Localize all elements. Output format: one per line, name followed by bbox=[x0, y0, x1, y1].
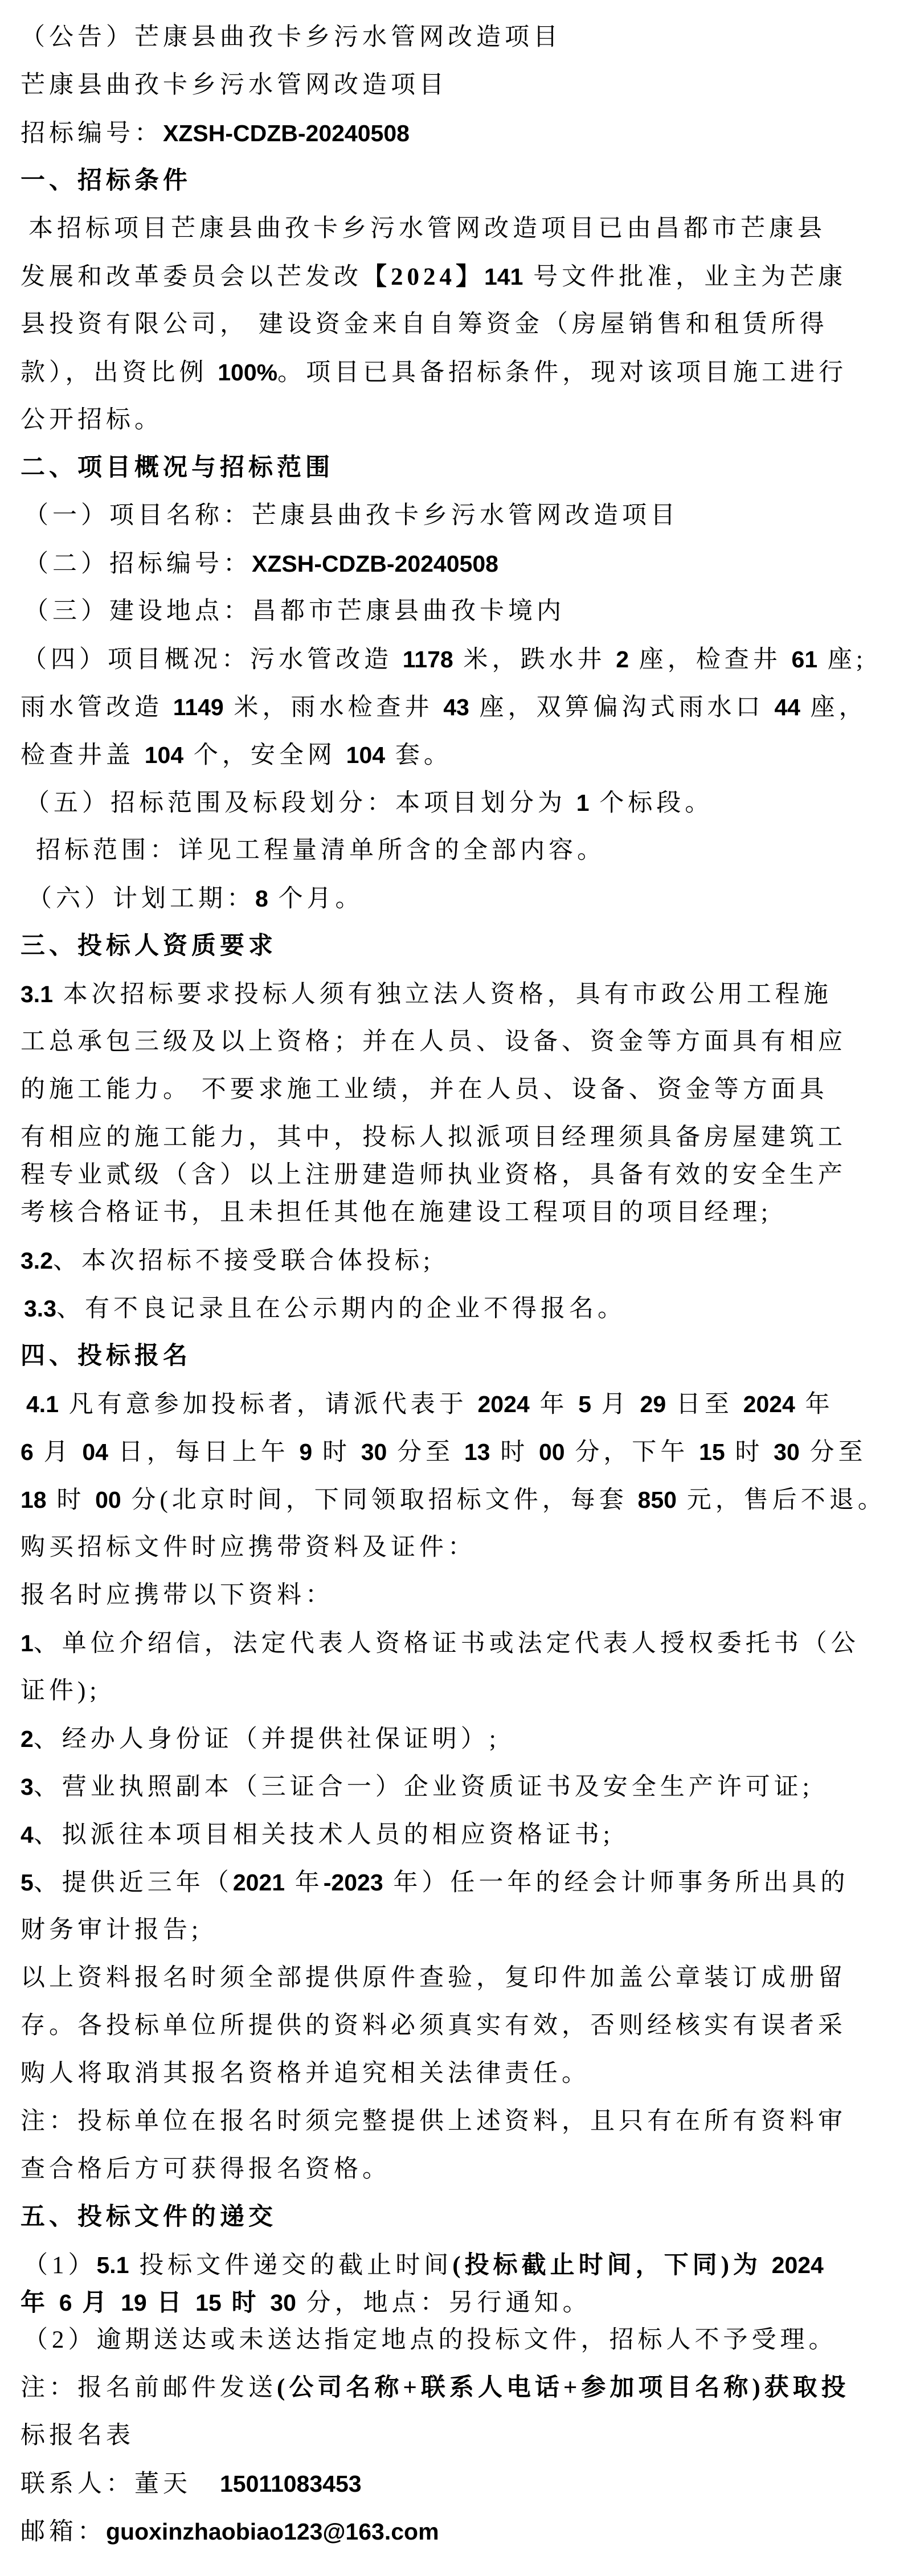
text-segment: 。项目已具备招标条件，现对该项目施工进行 bbox=[277, 359, 847, 386]
text-line: 年 6 月 19 日 15 时 30 分，地点：另行通知。 bbox=[0, 2289, 904, 2316]
text-segment: （三）建设地点：昌都市芒康县曲孜卡境内 bbox=[24, 598, 565, 625]
text-segment: 财务审计报告; bbox=[21, 1917, 202, 1943]
text-segment: 以上资料报名时须全部提供原件查验，复印件加盖公章装订成册留 bbox=[21, 1964, 846, 1991]
text-segment: 注：投标单位在报名时须完整提供上述资料，且只有在所有资料审 bbox=[21, 2108, 846, 2135]
text-segment: 、拟派往本项目相关技术人员的相应资格证书; bbox=[34, 1822, 614, 1848]
text-segment: 141 bbox=[484, 264, 523, 290]
text-line: 发展和改革委员会以芒发改【2024】141 号文件批准，业主为芒康 bbox=[0, 253, 904, 301]
text-segment: 存。各投标单位所提供的资料必须真实有效，否则经核实有误者采 bbox=[21, 2012, 846, 2039]
text-segment: guoxinzhaobiao123@163.com bbox=[106, 2518, 439, 2545]
text-segment: 6 bbox=[21, 1439, 34, 1465]
text-segment: (公司名称+联系人电话+参加项目名称) bbox=[277, 2374, 764, 2401]
text-segment: 1178 bbox=[403, 646, 453, 672]
text-line: 款），出资比例 100%。项目已具备招标条件，现对该项目施工进行 bbox=[0, 348, 904, 396]
text-segment: 时 bbox=[47, 1487, 96, 1513]
text-segment: 分至 bbox=[387, 1439, 464, 1466]
section-heading: 二、项目概况与招标范围 bbox=[0, 444, 904, 492]
text-segment: 2 bbox=[21, 1726, 34, 1752]
text-line: 18 时 00 分(北京时间，下同领取招标文件，每套 850 元，售后不退。 bbox=[0, 1476, 904, 1524]
text-segment: 本次招标要求投标人须有独立法人资格，具有市政公用工程施 bbox=[53, 981, 832, 1008]
text-line: 县投资有限公司， 建设资金来自自筹资金（房屋销售和租赁所得 bbox=[0, 301, 904, 348]
text-segment: 、本次招标不接受联合体投标; bbox=[53, 1248, 434, 1274]
text-line: （公告）芒康县曲孜卡乡污水管网改造项目 bbox=[0, 14, 904, 61]
text-segment: 元，售后不退。 bbox=[677, 1487, 886, 1513]
text-segment: 购买招标文件时应携带资料及证件： bbox=[21, 1534, 476, 1561]
text-line: 财务审计报告; bbox=[0, 1906, 904, 1954]
text-segment: 凡有意参加投标者，请派代表于 bbox=[59, 1391, 478, 1418]
text-segment: 三、投标人资质要求 bbox=[21, 933, 277, 959]
text-segment: 15011083453 bbox=[220, 2471, 362, 2497]
text-line: 2、经办人身份证（并提供社保证明）; bbox=[0, 1715, 904, 1763]
text-line: 招标范围：详见工程量清单所含的全部内容。 bbox=[0, 827, 904, 875]
text-segment: 座，双箅偏沟式雨水口 bbox=[469, 694, 775, 721]
text-segment: 2024 bbox=[478, 1391, 530, 1417]
text-segment: 招标编号： bbox=[21, 120, 163, 147]
text-segment: 个，安全网 bbox=[183, 742, 346, 769]
text-segment: 日 bbox=[147, 2290, 196, 2316]
text-line: 3.2、本次招标不接受联合体投标; bbox=[0, 1237, 904, 1285]
text-segment: 2021 bbox=[233, 1869, 285, 1896]
text-line: 检查井盖 104 个，安全网 104 套。 bbox=[0, 731, 904, 779]
text-segment: 个标段。 bbox=[590, 790, 714, 817]
text-segment: 分，地点：另行通知。 bbox=[296, 2290, 591, 2316]
text-line: 芒康县曲孜卡乡污水管网改造项目 bbox=[0, 61, 904, 109]
text-segment: 四、投标报名 bbox=[21, 1343, 191, 1369]
text-line: 注：投标单位在报名时须完整提供上述资料，且只有在所有资料审 bbox=[0, 2098, 904, 2146]
text-segment: XZSH-CDZB-20240508 bbox=[252, 551, 498, 577]
text-segment: 5.1 bbox=[97, 2252, 129, 2278]
text-segment: 五、投标文件的递交 bbox=[21, 2204, 277, 2230]
text-segment: 61 bbox=[792, 646, 818, 672]
text-segment: （四）项目概况：污水管改造 bbox=[22, 646, 403, 673]
text-segment: 工总承包三级及以上资格；并在人员、设备、资金等方面具有相应 bbox=[21, 1028, 846, 1055]
text-segment: 获取投 bbox=[764, 2374, 850, 2401]
text-segment: 年 bbox=[530, 1391, 579, 1418]
text-segment: 雨水管改造 bbox=[21, 694, 173, 721]
text-line: 查合格后方可获得报名资格。 bbox=[0, 2146, 904, 2193]
text-segment: （公告）芒康县曲孜卡乡污水管网改造项目 bbox=[21, 24, 562, 51]
text-segment: （二）招标编号： bbox=[24, 551, 252, 577]
text-segment: 2024 bbox=[743, 1391, 795, 1417]
text-segment: 米，雨水检查井 bbox=[224, 694, 444, 721]
text-segment: 年）任一年的经会计师事务所出具的 bbox=[383, 1869, 849, 1896]
text-segment: 00 bbox=[95, 1487, 121, 1513]
text-segment: 1 bbox=[21, 1630, 34, 1656]
text-segment: 款），出资比例 bbox=[21, 359, 218, 386]
text-line: 证件); bbox=[0, 1667, 904, 1715]
text-segment: 、有不良记录且在公示期内的企业不得报名。 bbox=[56, 1295, 626, 1322]
text-segment: 5 bbox=[21, 1869, 34, 1896]
text-line: 3.1 本次招标要求投标人须有独立法人资格，具有市政公用工程施 bbox=[0, 970, 904, 1018]
text-segment: 43 bbox=[443, 694, 469, 720]
text-segment: 米，跌水井 bbox=[453, 646, 616, 673]
text-segment: 考核合格证书，且未担任其他在施建设工程项目的项目经理; bbox=[21, 1199, 772, 1226]
text-segment: 月 bbox=[72, 2290, 121, 2316]
text-segment: 4.1 bbox=[26, 1391, 59, 1417]
text-segment: 套。 bbox=[385, 742, 452, 769]
text-line: 3、营业执照副本（三证合一）企业资质证书及安全生产许可证; bbox=[0, 1763, 904, 1811]
text-segment: 注：报名前邮件发送 bbox=[21, 2374, 277, 2401]
text-segment: 30 bbox=[270, 2290, 296, 2316]
text-line: 4.1 凡有意参加投标者，请派代表于 2024 年 5 月 29 日至 2024… bbox=[0, 1380, 904, 1428]
text-line: （六）计划工期：8 个月。 bbox=[0, 875, 904, 922]
text-line: 标报名表 bbox=[0, 2412, 904, 2460]
text-segment: 分，下午 bbox=[565, 1439, 700, 1466]
text-segment: 1 bbox=[576, 790, 590, 816]
text-line: 购买招标文件时应携带资料及证件： bbox=[0, 1524, 904, 1572]
text-segment: 联系人：董天 bbox=[21, 2471, 220, 2497]
text-segment: 2024 bbox=[772, 2252, 824, 2278]
text-segment: 【2024】 bbox=[362, 264, 484, 290]
text-segment: 芒康县曲孜卡乡污水管网改造项目 bbox=[21, 72, 448, 99]
text-segment: （一）项目名称：芒康县曲孜卡乡污水管网改造项目 bbox=[24, 502, 679, 529]
text-line: 邮箱：guoxinzhaobiao123@163.com bbox=[0, 2508, 904, 2556]
text-segment: 座，检查井 bbox=[629, 646, 792, 673]
text-segment: 3.3 bbox=[24, 1295, 56, 1322]
text-segment: 19 bbox=[121, 2290, 147, 2316]
text-line: 工总承包三级及以上资格；并在人员、设备、资金等方面具有相应 bbox=[0, 1018, 904, 1066]
document-body: （公告）芒康县曲孜卡乡污水管网改造项目芒康县曲孜卡乡污水管网改造项目招标编号：X… bbox=[0, 14, 904, 2556]
text-line: （二）招标编号：XZSH-CDZB-20240508 bbox=[0, 540, 904, 588]
text-segment: 本招标项目芒康县曲孜卡乡污水管网改造项目已由昌都市芒康县 bbox=[28, 215, 826, 242]
text-segment: 有相应的施工能力，其中，投标人拟派项目经理须具备房屋建筑工 bbox=[21, 1124, 846, 1151]
text-segment: 850 bbox=[638, 1487, 677, 1513]
text-segment: 座; bbox=[817, 646, 867, 673]
text-segment: 1149 bbox=[173, 694, 224, 720]
text-segment: 、营业执照副本（三证合一）企业资质证书及安全生产许可证; bbox=[34, 1774, 813, 1800]
text-segment: 证件); bbox=[21, 1677, 100, 1704]
text-segment: 5 bbox=[578, 1391, 591, 1417]
text-segment: 15 bbox=[699, 1439, 725, 1465]
text-segment: 44 bbox=[774, 694, 800, 720]
text-segment: 104 bbox=[145, 742, 183, 768]
text-line: 公开招标。 bbox=[0, 396, 904, 444]
text-line: 的施工能力。 不要求施工业绩，并在人员、设备、资金等方面具 bbox=[0, 1066, 904, 1114]
text-segment: 13 bbox=[464, 1439, 490, 1465]
text-segment: （1） bbox=[23, 2252, 97, 2279]
text-segment: -2023 bbox=[324, 1869, 383, 1896]
text-segment: 程专业贰级（含）以上注册建造师执业资格，具备有效的安全生产 bbox=[21, 1162, 846, 1188]
text-segment: 29 bbox=[640, 1391, 666, 1417]
text-segment: 时 bbox=[490, 1439, 539, 1466]
text-line: 存。各投标单位所提供的资料必须真实有效，否则经核实有误者采 bbox=[0, 2002, 904, 2050]
text-line: 程专业贰级（含）以上注册建造师执业资格，具备有效的安全生产 bbox=[0, 1162, 904, 1189]
text-segment: 一、招标条件 bbox=[21, 167, 191, 194]
text-line: （三）建设地点：昌都市芒康县曲孜卡境内 bbox=[0, 588, 904, 635]
text-segment: 30 bbox=[361, 1439, 387, 1465]
text-line: 招标编号：XZSH-CDZB-20240508 bbox=[0, 109, 904, 157]
text-line: 购人将取消其报名资格并追究相关法律责任。 bbox=[0, 2050, 904, 2098]
text-segment: 4 bbox=[21, 1822, 34, 1848]
text-segment: 号文件批准，业主为芒康 bbox=[523, 264, 846, 290]
text-segment: 投标文件递交的截止时间 bbox=[129, 2252, 453, 2279]
section-heading: 五、投标文件的递交 bbox=[0, 2193, 904, 2241]
text-segment: 30 bbox=[774, 1439, 800, 1465]
text-segment: 招标范围：详见工程量清单所含的全部内容。 bbox=[36, 837, 606, 864]
text-line: 联系人：董天 15011083453 bbox=[0, 2460, 904, 2508]
text-segment: 6 bbox=[59, 2290, 72, 2316]
section-heading: 三、投标人资质要求 bbox=[0, 922, 904, 970]
text-line: （2）逾期送达或未送达指定地点的投标文件，招标人不予受理。 bbox=[0, 2316, 904, 2364]
text-segment: 查合格后方可获得报名资格。 bbox=[21, 2156, 391, 2183]
text-line: 报名时应携带以下资料： bbox=[0, 1572, 904, 1619]
text-line: 3.3、有不良记录且在公示期内的企业不得报名。 bbox=[0, 1285, 904, 1332]
text-segment: 15 bbox=[195, 2290, 222, 2316]
text-line: （四）项目概况：污水管改造 1178 米，跌水井 2 座，检查井 61 座; bbox=[0, 635, 904, 683]
section-heading: 一、招标条件 bbox=[0, 157, 904, 205]
text-segment: 、经办人身份证（并提供社保证明）; bbox=[34, 1726, 500, 1753]
text-segment: XZSH-CDZB-20240508 bbox=[163, 120, 410, 146]
text-segment: 报名时应携带以下资料： bbox=[21, 1582, 334, 1609]
text-line: （五）招标范围及标段划分：本项目划分为 1 个标段。 bbox=[0, 779, 904, 827]
text-line: 考核合格证书，且未担任其他在施建设工程项目的项目经理; bbox=[0, 1189, 904, 1237]
text-segment: 3 bbox=[21, 1774, 34, 1800]
text-segment: 日至 bbox=[666, 1391, 743, 1418]
text-segment: （六）计划工期： bbox=[27, 885, 255, 912]
text-segment: 年 bbox=[21, 2290, 59, 2316]
text-segment: 月 bbox=[34, 1439, 83, 1466]
text-line: 本招标项目芒康县曲孜卡乡污水管网改造项目已由昌都市芒康县 bbox=[0, 205, 904, 253]
text-segment: 104 bbox=[346, 742, 385, 768]
text-segment: 分(北京时间，下同领取招标文件，每套 bbox=[121, 1487, 638, 1513]
section-heading: 四、投标报名 bbox=[0, 1332, 904, 1380]
text-segment: 2 bbox=[616, 646, 629, 672]
text-segment: 8 bbox=[255, 885, 268, 912]
text-line: 6 月 04 日，每日上午 9 时 30 分至 13 时 00 分，下午 15 … bbox=[0, 1428, 904, 1476]
text-segment: 分至 bbox=[800, 1439, 867, 1466]
text-segment: 100% bbox=[218, 359, 277, 385]
text-segment: 日，每日上午 bbox=[108, 1439, 300, 1466]
text-segment: 邮箱： bbox=[21, 2518, 106, 2545]
text-segment: 9 bbox=[299, 1439, 312, 1465]
text-segment: 年 bbox=[795, 1391, 834, 1418]
text-line: 雨水管改造 1149 米，雨水检查井 43 座，双箅偏沟式雨水口 44 座， bbox=[0, 683, 904, 731]
text-segment: 时 bbox=[725, 1439, 774, 1466]
tender-announcement-document: （公告）芒康县曲孜卡乡污水管网改造项目芒康县曲孜卡乡污水管网改造项目招标编号：X… bbox=[0, 0, 904, 2576]
text-segment: 年 bbox=[285, 1869, 324, 1896]
text-line: 注：报名前邮件发送(公司名称+联系人电话+参加项目名称)获取投 bbox=[0, 2364, 904, 2412]
text-segment: 、单位介绍信，法定代表人资格证书或法定代表人授权委托书（公 bbox=[34, 1630, 860, 1657]
text-line: 以上资料报名时须全部提供原件查验，复印件加盖公章装订成册留 bbox=[0, 1954, 904, 2002]
text-segment: 18 bbox=[21, 1487, 47, 1513]
text-line: （1）5.1 投标文件递交的截止时间(投标截止时间，下同)为 2024 bbox=[0, 2241, 904, 2289]
text-segment: 04 bbox=[82, 1439, 108, 1465]
text-segment: 3.1 bbox=[21, 981, 53, 1007]
text-segment: 检查井盖 bbox=[21, 742, 145, 769]
text-segment: 座， bbox=[800, 694, 868, 721]
text-line: 有相应的施工能力，其中，投标人拟派项目经理须具备房屋建筑工 bbox=[0, 1114, 904, 1162]
text-segment: （五）招标范围及标段划分：本项目划分为 bbox=[25, 790, 576, 817]
text-segment: 二、项目概况与招标范围 bbox=[21, 454, 334, 481]
text-line: 5、提供近三年（2021 年-2023 年）任一年的经会计师事务所出具的 bbox=[0, 1859, 904, 1906]
text-segment: 00 bbox=[539, 1439, 565, 1465]
text-segment: 、提供近三年（ bbox=[34, 1869, 233, 1896]
text-line: 1、单位介绍信，法定代表人资格证书或法定代表人授权委托书（公 bbox=[0, 1619, 904, 1667]
text-segment: 月 bbox=[591, 1391, 640, 1418]
text-segment: 标报名表 bbox=[21, 2422, 134, 2449]
text-segment: 的施工能力。 不要求施工业绩，并在人员、设备、资金等方面具 bbox=[21, 1076, 828, 1103]
text-segment: 购人将取消其报名资格并追究相关法律责任。 bbox=[21, 2060, 590, 2087]
text-segment: 时 bbox=[312, 1439, 361, 1466]
text-segment: 3.2 bbox=[21, 1248, 53, 1274]
text-segment: （2）逾期送达或未送达指定地点的投标文件，招标人不予受理。 bbox=[23, 2327, 837, 2353]
text-segment: 发展和改革委员会以芒发改 bbox=[21, 264, 362, 290]
text-line: （一）项目名称：芒康县曲孜卡乡污水管网改造项目 bbox=[0, 492, 904, 540]
text-segment: 公开招标。 bbox=[21, 407, 163, 433]
text-segment: 县投资有限公司， 建设资金来自自筹资金（房屋销售和租赁所得 bbox=[21, 311, 828, 338]
text-segment: 时 bbox=[222, 2290, 271, 2316]
text-segment: 个月。 bbox=[268, 885, 364, 912]
text-segment: (投标截止时间，下同)为 bbox=[452, 2252, 771, 2279]
text-line: 4、拟派往本项目相关技术人员的相应资格证书; bbox=[0, 1811, 904, 1859]
